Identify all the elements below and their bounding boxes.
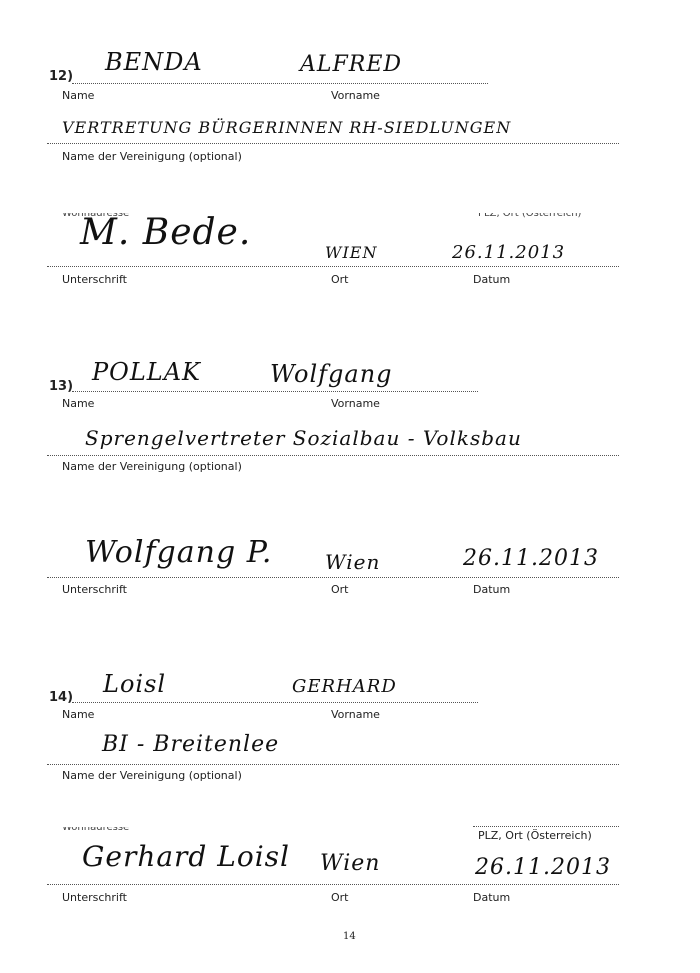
name-value: Loisl — [103, 670, 166, 698]
plz-ort-label: PLZ, Ort (Österreich) — [478, 829, 592, 842]
name-label: Name — [62, 397, 94, 410]
name-value: POLLAK — [92, 358, 201, 386]
signature: Wolfgang P. — [85, 535, 272, 570]
datum-label: Datum — [473, 583, 510, 596]
vorname-value: GERHARD — [292, 676, 397, 697]
page-number: 14 — [343, 931, 356, 942]
vorname-label: Vorname — [331, 89, 380, 102]
ort-label: Ort — [331, 583, 349, 596]
vereinigung-label: Name der Vereinigung (optional) — [62, 769, 242, 782]
vereinigung-value: Sprengelvertreter Sozialbau - Volksbau — [85, 426, 522, 450]
ort-value: WIEN — [325, 243, 377, 262]
name-value: BENDA — [105, 48, 203, 76]
vorname-label: Vorname — [331, 708, 380, 721]
unterschrift-label: Unterschrift — [62, 583, 127, 596]
ort-value: Wien — [320, 851, 380, 876]
wohnadresse-label: Wohnadresse — [62, 822, 129, 833]
vereinigung-value: BI - Breitenlee — [102, 732, 279, 757]
signature-line — [47, 266, 619, 267]
ort-value: Wien — [325, 550, 380, 574]
name-line — [72, 83, 488, 84]
vereinigung-value: VERTRETUNG BÜRGERINNEN RH-SIEDLUNGEN — [62, 118, 511, 137]
name-line — [72, 702, 478, 703]
datum-value: 26.11.2013 — [463, 546, 599, 571]
name-label: Name — [62, 89, 94, 102]
entry-number: 12) — [49, 69, 73, 84]
vorname-value: Wolfgang — [270, 360, 393, 388]
signature: M. Bede. — [80, 212, 251, 253]
plz-line — [473, 826, 619, 827]
vereinigung-line — [47, 764, 619, 765]
vereinigung-label: Name der Vereinigung (optional) — [62, 460, 242, 473]
entry-number: 13) — [49, 379, 73, 394]
ort-label: Ort — [331, 273, 349, 286]
signature: Gerhard Loisl — [82, 840, 290, 873]
datum-label: Datum — [473, 891, 510, 904]
vorname-label: Vorname — [331, 397, 380, 410]
vereinigung-line — [47, 143, 619, 144]
vorname-value: ALFRED — [300, 52, 402, 77]
unterschrift-label: Unterschrift — [62, 891, 127, 904]
plz-ort-label: PLZ, Ort (Österreich) — [478, 208, 581, 219]
datum-label: Datum — [473, 273, 510, 286]
datum-value: 26.11.2013 — [452, 242, 565, 263]
vereinigung-line — [47, 455, 619, 456]
entry-number: 14) — [49, 690, 73, 705]
ort-label: Ort — [331, 891, 349, 904]
unterschrift-label: Unterschrift — [62, 273, 127, 286]
signature-line — [47, 577, 619, 578]
name-line — [72, 391, 478, 392]
datum-value: 26.11.2013 — [475, 855, 611, 880]
vereinigung-label: Name der Vereinigung (optional) — [62, 150, 242, 163]
name-label: Name — [62, 708, 94, 721]
signature-line — [47, 884, 619, 885]
